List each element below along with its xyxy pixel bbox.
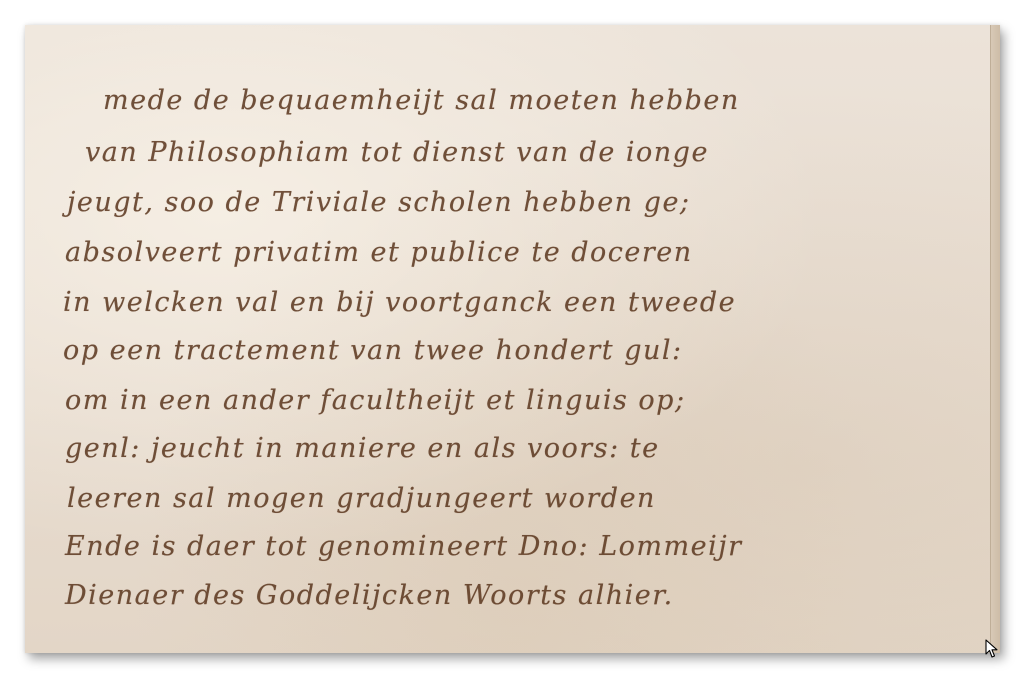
arrow-pointer-icon: [985, 639, 999, 659]
manuscript-line-7: om in een ander facultheijt et linguis o…: [65, 385, 686, 416]
image-viewer: mede de bequaemheijt sal moeten hebben v…: [0, 0, 1024, 678]
manuscript-line-9: leeren sal mogen gradjungeert worden: [67, 483, 656, 514]
manuscript-line-1: mede de bequaemheijt sal moeten hebben: [103, 85, 740, 116]
manuscript-line-8: genl: jeucht in maniere en als voors: te: [65, 433, 660, 464]
manuscript-page: mede de bequaemheijt sal moeten hebben v…: [25, 25, 1000, 653]
page-edge: [990, 25, 1000, 653]
manuscript-line-4: absolveert privatim et publice te docere…: [65, 237, 693, 268]
manuscript-line-11: Dienaer des Goddelijcken Woorts alhier.: [65, 580, 674, 611]
manuscript-line-10: Ende is daer tot genomineert Dno: Lommei…: [65, 531, 743, 562]
manuscript-line-6: op een tractement van twee hondert gul:: [63, 335, 683, 366]
manuscript-line-5: in welcken val en bij voortganck een twe…: [63, 287, 736, 318]
manuscript-line-3: jeugt, soo de Triviale scholen hebben ge…: [67, 187, 691, 218]
manuscript-line-2: van Philosophiam tot dienst van de ionge: [85, 137, 709, 168]
